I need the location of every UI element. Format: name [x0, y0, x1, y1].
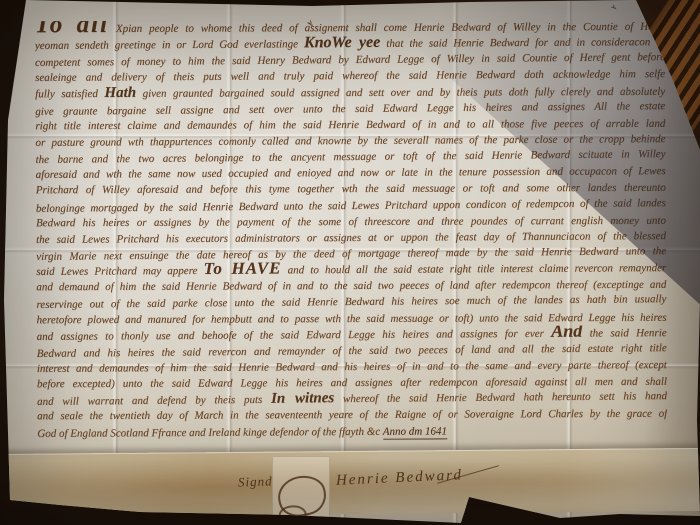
signed-label: Signd — [238, 473, 273, 490]
deed-line: heretofore plowed and manured for hempbu… — [37, 309, 667, 328]
deed-line: To all Xpian people to whome this deed o… — [35, 19, 665, 38]
deed-handwritten-text: To all Xpian people to whome this deed o… — [35, 18, 668, 441]
deed-line: right title interest claime and demaunde… — [35, 116, 665, 135]
deed-line: and seale the twentieth day of March in … — [37, 406, 667, 425]
photo-of-parchment-deed: ➢ ➢ To all Xpian people to whome this de… — [0, 0, 700, 525]
ink-pen-mark: ➢ — [607, 1, 620, 14]
parchment-sheet: ➢ ➢ To all Xpian people to whome this de… — [0, 0, 700, 525]
deed-line: Bedward his heires or assignes by the pa… — [36, 212, 666, 231]
